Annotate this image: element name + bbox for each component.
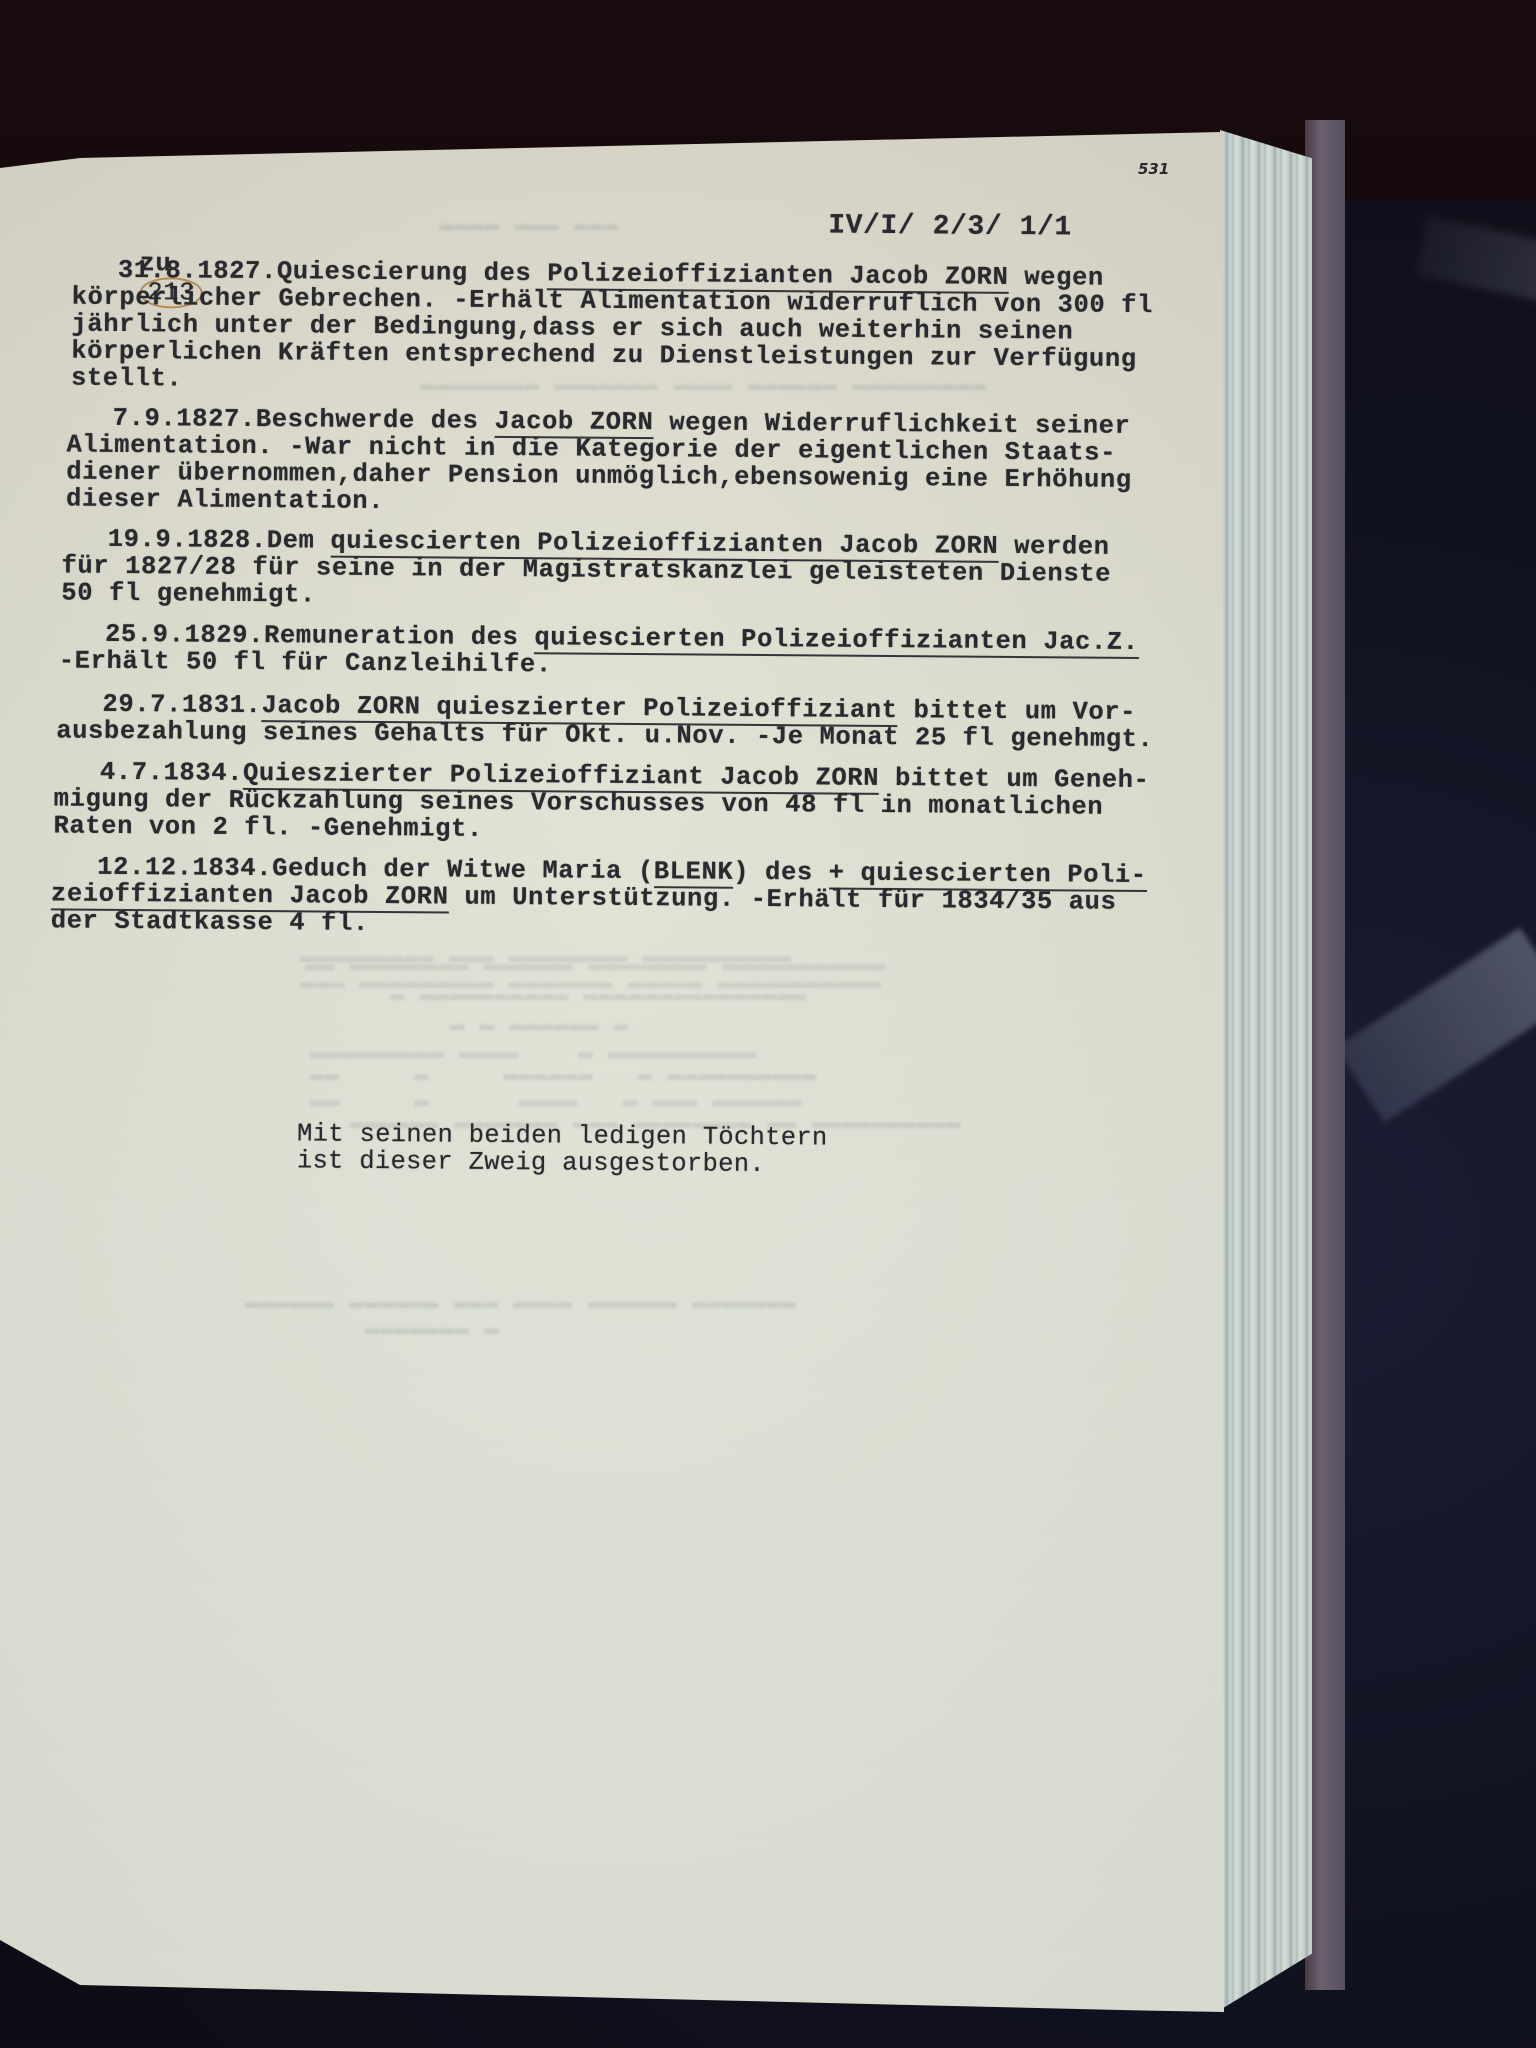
entry-line: -Erhält 50 fl für Canzleihilfe. bbox=[59, 647, 552, 678]
show-through-text: ▬ ▬ ▬▬▬▬▬▬ ▬ bbox=[450, 1012, 629, 1039]
entry-date: 12.12.1834. bbox=[97, 853, 272, 883]
entry-date: 25.9.1829. bbox=[105, 620, 264, 650]
entry-line: 50 fl genehmigt. bbox=[61, 580, 316, 609]
show-through-text: ▬▬ ▬ ▬▬▬▬ ▬ ▬▬▬ ▬▬▬▬▬▬ bbox=[310, 1088, 802, 1115]
entry-date: 31.8.1827. bbox=[118, 256, 277, 286]
page-stack-fore-edge bbox=[1220, 130, 1312, 2010]
entry-line: dieser Alimentation. bbox=[66, 486, 384, 515]
entry-line: der Stadtkasse 4 fl. bbox=[51, 907, 369, 936]
show-through-text: ▬ ▬▬▬▬▬▬▬▬▬▬ ▬▬▬▬▬▬▬▬▬▬▬▬▬▬▬ bbox=[390, 982, 807, 1009]
entry-date: 7.9.1827. bbox=[113, 404, 256, 434]
page-number: 531 bbox=[1138, 160, 1169, 178]
show-through-text: ▬▬▬ ▬▬▬▬▬▬▬▬▬ ▬▬▬▬▬▬▬ ▬▬▬▬▬ ▬▬▬▬▬▬▬▬▬▬▬ bbox=[300, 970, 881, 997]
show-through-text: ▬▬▬▬▬▬▬▬▬ ▬▬▬ ▬▬▬▬▬▬▬▬ ▬▬▬▬▬▬▬▬▬▬ bbox=[300, 944, 792, 971]
entry-line: Raten von 2 fl. -Genehmigt. bbox=[53, 812, 483, 842]
show-through-text: ▬▬ ▬▬▬▬▬▬▬▬ ▬▬▬▬▬▬ ▬▬▬▬▬▬▬▬ ▬▬▬▬▬▬▬▬▬▬▬ bbox=[305, 952, 886, 979]
entry-date: 4.7.1834. bbox=[100, 758, 243, 788]
entry-date: 29.7.1831. bbox=[102, 690, 261, 720]
show-through-text: ▬▬▬▬▬▬▬▬▬ ▬▬▬▬ ▬ ▬▬▬▬▬▬▬▬▬▬ bbox=[310, 1040, 757, 1067]
show-through-text: ▬▬▬▬▬▬ ▬▬▬▬▬▬ ▬▬▬ ▬▬▬▬ ▬▬▬▬▬▬ ▬▬▬▬▬▬▬ bbox=[245, 1290, 796, 1317]
show-through-text: ▬▬▬▬ ▬▬▬ ▬▬▬ bbox=[440, 212, 619, 239]
show-through-text: ▬▬ ▬ ▬▬▬▬▬▬ ▬ ▬▬▬▬▬▬▬▬▬▬ bbox=[310, 1062, 817, 1089]
closing-line: ist dieser Zweig ausgestorben. bbox=[297, 1147, 765, 1178]
show-through-text: ▬▬▬▬▬▬▬▬ ▬▬▬▬▬▬▬ ▬▬▬▬ ▬▬▬▬▬▬ ▬▬▬▬▬▬▬▬▬ bbox=[420, 372, 986, 399]
entry-date: 19.9.1828. bbox=[108, 525, 267, 555]
file-code: IV/I/ 2/3/ 1/1 bbox=[828, 213, 1072, 242]
entry-line: stellt. bbox=[71, 365, 183, 393]
show-through-text: ▬▬▬▬▬▬▬ ▬ bbox=[365, 1316, 499, 1343]
